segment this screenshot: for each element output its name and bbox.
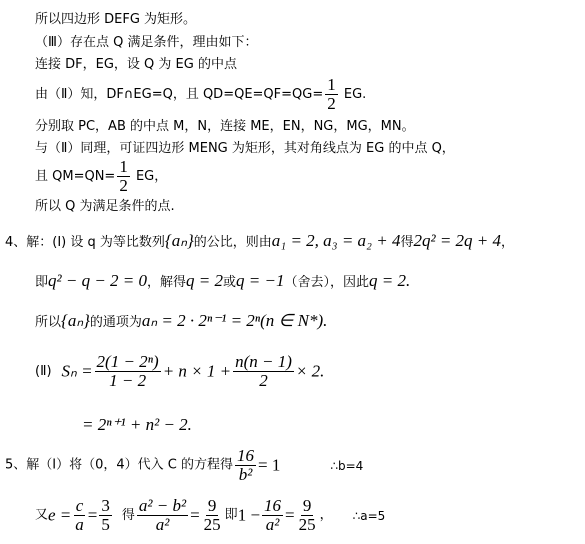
- fraction: 16a²: [262, 497, 283, 534]
- math: q = −1: [236, 271, 284, 290]
- text: EG.: [340, 87, 367, 102]
- math: {aₙ}: [165, 231, 194, 250]
- text: 所以: [35, 315, 61, 330]
- fraction: 35: [99, 497, 112, 534]
- math: =: [88, 506, 98, 525]
- text: 得: [400, 235, 413, 250]
- math-line: 即q² − q − 2 = 0，解得q = 2或q = −1（舍去），因此q =…: [35, 273, 410, 291]
- text: 或: [223, 275, 236, 290]
- math: {aₙ}: [61, 311, 90, 330]
- text: 且 QM=QN=: [35, 169, 115, 184]
- text: 即: [225, 508, 238, 523]
- math-line: 又e =ca=35得a² − b²a²=925即1 −16a²=925，∴a=5: [35, 497, 385, 534]
- math-line: 5、解（Ⅰ）将（0，4）代入 C 的方程得16b²= 1∴b=4: [5, 447, 363, 484]
- math: = 2ⁿ⁺¹ + n² − 2.: [82, 415, 192, 434]
- text-line: 分别取 PC，AB 的中点 M，N，连接 ME，EN，NG，MG，MN。: [35, 119, 415, 135]
- text: ∴b=4: [330, 459, 363, 473]
- math: q² − q − 2 = 0: [48, 271, 147, 290]
- math: =: [285, 506, 295, 525]
- text-line: 所以 Q 为满足条件的点.: [35, 199, 175, 215]
- text-line: 与（Ⅱ）同理，可证四边形 MENG 为矩形，其对角线点为 EG 的中点 Q，: [35, 141, 455, 157]
- math: × 2.: [296, 362, 324, 381]
- text: ，: [320, 508, 333, 523]
- text: ，: [501, 235, 514, 250]
- fraction: 16b²: [235, 447, 256, 484]
- math-line: = 2ⁿ⁺¹ + n² − 2.: [82, 417, 192, 435]
- math-line: 4、解：(Ⅰ) 设 q 为等比数列{aₙ}的公比，则由a₁ = 2, a₃ = …: [5, 233, 514, 251]
- math: q = 2: [186, 271, 223, 290]
- fraction: 12: [117, 158, 130, 195]
- math-line: (Ⅱ)Sₙ =2(1 − 2ⁿ)1 − 2+ n × 1 +n(n − 1)2×…: [35, 353, 324, 390]
- math-line: 所以{aₙ}的通项为aₙ = 2 · 2ⁿ⁻¹ = 2ⁿ(n ∈ N*).: [35, 313, 327, 331]
- fraction: n(n − 1)2: [233, 353, 294, 390]
- text: 5、解（Ⅰ）将（0，4）代入 C 的方程得: [5, 458, 233, 473]
- fraction: a² − b²a²: [137, 497, 188, 534]
- math: Sₙ =: [62, 362, 93, 381]
- text: 的通项为: [90, 315, 142, 330]
- text: 即: [35, 275, 48, 290]
- text-line: （Ⅲ）存在点 Q 满足条件，理由如下：: [35, 35, 257, 51]
- text: EG，: [132, 169, 167, 184]
- math: aₙ = 2 · 2ⁿ⁻¹ = 2ⁿ(n ∈ N*).: [142, 311, 327, 330]
- math: e =: [48, 506, 71, 525]
- math: + n × 1 +: [163, 362, 231, 381]
- text: （舍去），因此: [285, 275, 370, 290]
- math: q = 2.: [369, 271, 410, 290]
- fraction: 2(1 − 2ⁿ)1 − 2: [95, 353, 161, 390]
- math: =: [190, 506, 200, 525]
- fraction: 925: [297, 497, 318, 534]
- text: 得: [122, 508, 135, 523]
- text: 由（Ⅱ）知，DF∩EG=Q，且 QD=QE=QF=QG=: [35, 87, 323, 102]
- math-line: 由（Ⅱ）知，DF∩EG=Q，且 QD=QE=QF=QG=12 EG.: [35, 76, 366, 113]
- text: ∴a=5: [353, 509, 386, 523]
- text: 的公比，则由: [194, 235, 272, 250]
- fraction: 12: [325, 76, 338, 113]
- math: 2q² = 2q + 4: [413, 231, 501, 250]
- math: 1 −: [238, 506, 260, 525]
- fraction: 925: [202, 497, 223, 534]
- text-line: 连接 DF，EG，设 Q 为 EG 的中点: [35, 57, 237, 73]
- math-line: 且 QM=QN=12 EG，: [35, 158, 167, 195]
- math: a₁ = 2, a₃ = a₂ + 4: [272, 231, 401, 250]
- text: 又: [35, 508, 48, 523]
- text-line: 所以四边形 DEFG 为矩形。: [35, 12, 196, 28]
- text: 4、解：(Ⅰ) 设 q 为等比数列: [5, 235, 165, 250]
- text: (Ⅱ): [35, 364, 52, 379]
- text: ，解得: [147, 275, 186, 290]
- fraction: ca: [73, 497, 86, 534]
- math: = 1: [258, 456, 280, 475]
